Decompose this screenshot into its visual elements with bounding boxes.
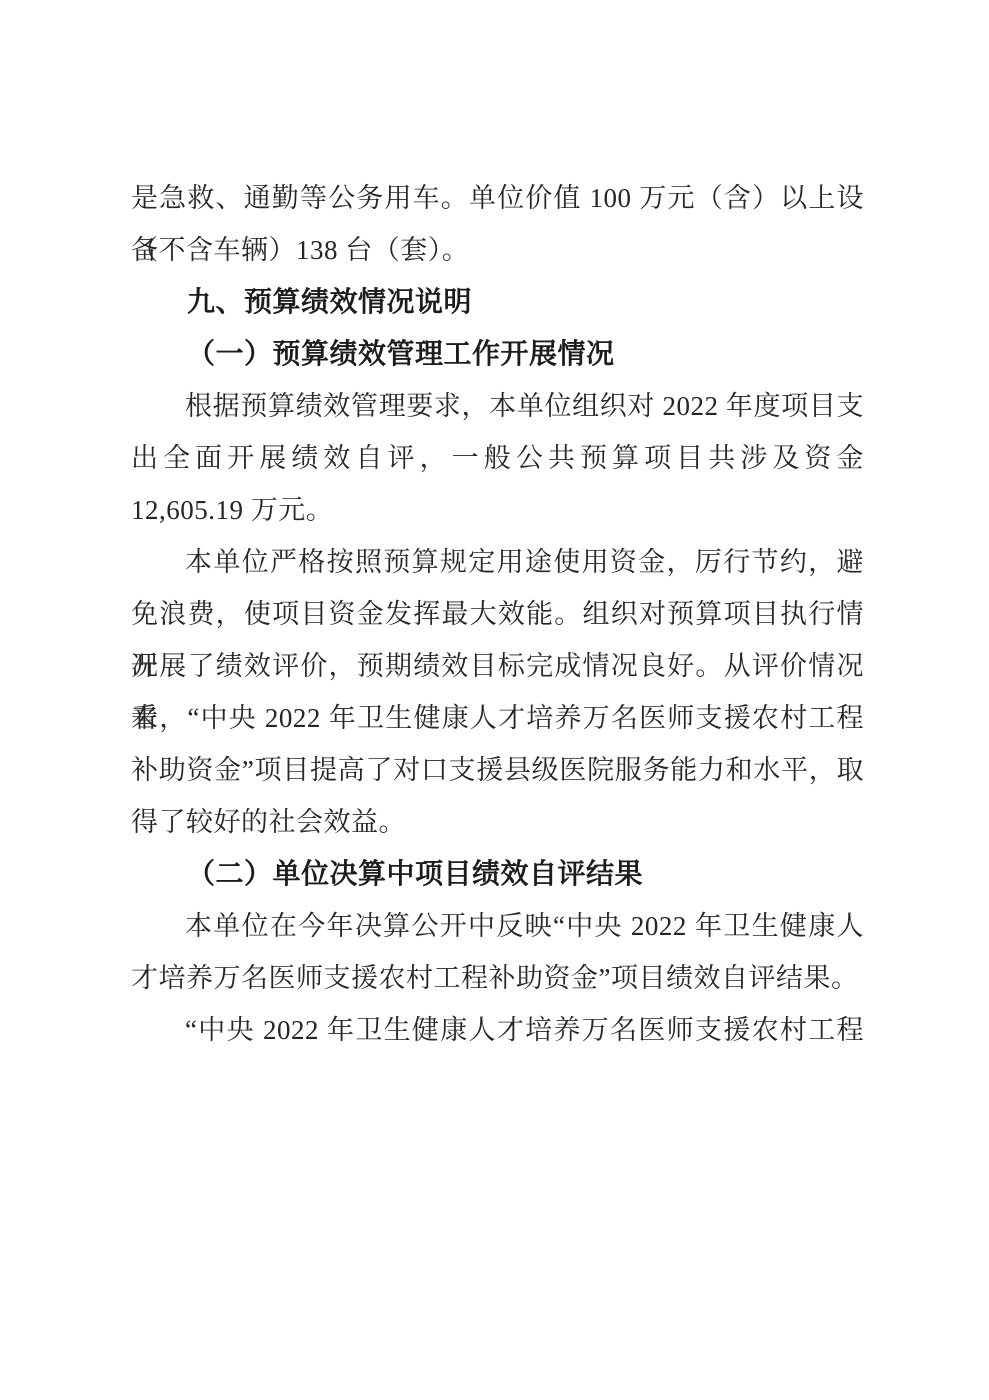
text-line: “中央 2022 年卫生健康人才培养万名医师支援农村工程 xyxy=(131,1004,864,1056)
paragraph-self-evaluation-scope: 根据预算绩效管理要求，本单位组织对 2022 年度项目支 出全面开展绩效自评，一… xyxy=(131,380,864,536)
text-line: 得了较好的社会效益。 xyxy=(131,796,864,848)
text-line: 本单位在今年决算公开中反映“中央 2022 年卫生健康人 xyxy=(131,900,864,952)
text-line: 看，“中央 2022 年卫生健康人才培养万名医师支援农村工程 xyxy=(131,692,864,744)
text-line: 本单位严格按照预算规定用途使用资金，厉行节约，避 xyxy=(131,536,864,588)
text-line: 出全面开展绩效自评，一般公共预算项目共涉及资金 xyxy=(131,432,864,484)
text-line: （不含车辆）138 台（套）。 xyxy=(131,224,864,276)
text-line: 12,605.19 万元。 xyxy=(131,484,864,536)
paragraph-project-start: “中央 2022 年卫生健康人才培养万名医师支援农村工程 xyxy=(131,1004,864,1056)
heading-section-nine: 九、预算绩效情况说明 xyxy=(131,276,864,328)
text-line: 开展了绩效评价，预期绩效目标完成情况良好。从评价情况来 xyxy=(131,640,864,692)
paragraph-carryover: 是急救、通勤等公务用车。单位价值 100 万元（含）以上设备 （不含车辆）138… xyxy=(131,172,864,276)
page-content: 是急救、通勤等公务用车。单位价值 100 万元（含）以上设备 （不含车辆）138… xyxy=(131,172,864,1056)
text-line: 才培养万名医师支援农村工程补助资金”项目绩效自评结果。 xyxy=(131,952,864,1004)
paragraph-fund-usage: 本单位严格按照预算规定用途使用资金，厉行节约，避 免浪费，使项目资金发挥最大效能… xyxy=(131,536,864,848)
text-line: 补助资金”项目提高了对口支援县级医院服务能力和水平，取 xyxy=(131,744,864,796)
text-line: 是急救、通勤等公务用车。单位价值 100 万元（含）以上设备 xyxy=(131,172,864,224)
heading-subsection-two: （二）单位决算中项目绩效自评结果 xyxy=(131,848,864,900)
text-line: 根据预算绩效管理要求，本单位组织对 2022 年度项目支 xyxy=(131,380,864,432)
paragraph-disclosure: 本单位在今年决算公开中反映“中央 2022 年卫生健康人 才培养万名医师支援农村… xyxy=(131,900,864,1004)
text-line: 免浪费，使项目资金发挥最大效能。组织对预算项目执行情况 xyxy=(131,588,864,640)
document-page: { "page": { "background_color": "#ffffff… xyxy=(0,0,989,1400)
heading-subsection-one: （一）预算绩效管理工作开展情况 xyxy=(131,328,864,380)
